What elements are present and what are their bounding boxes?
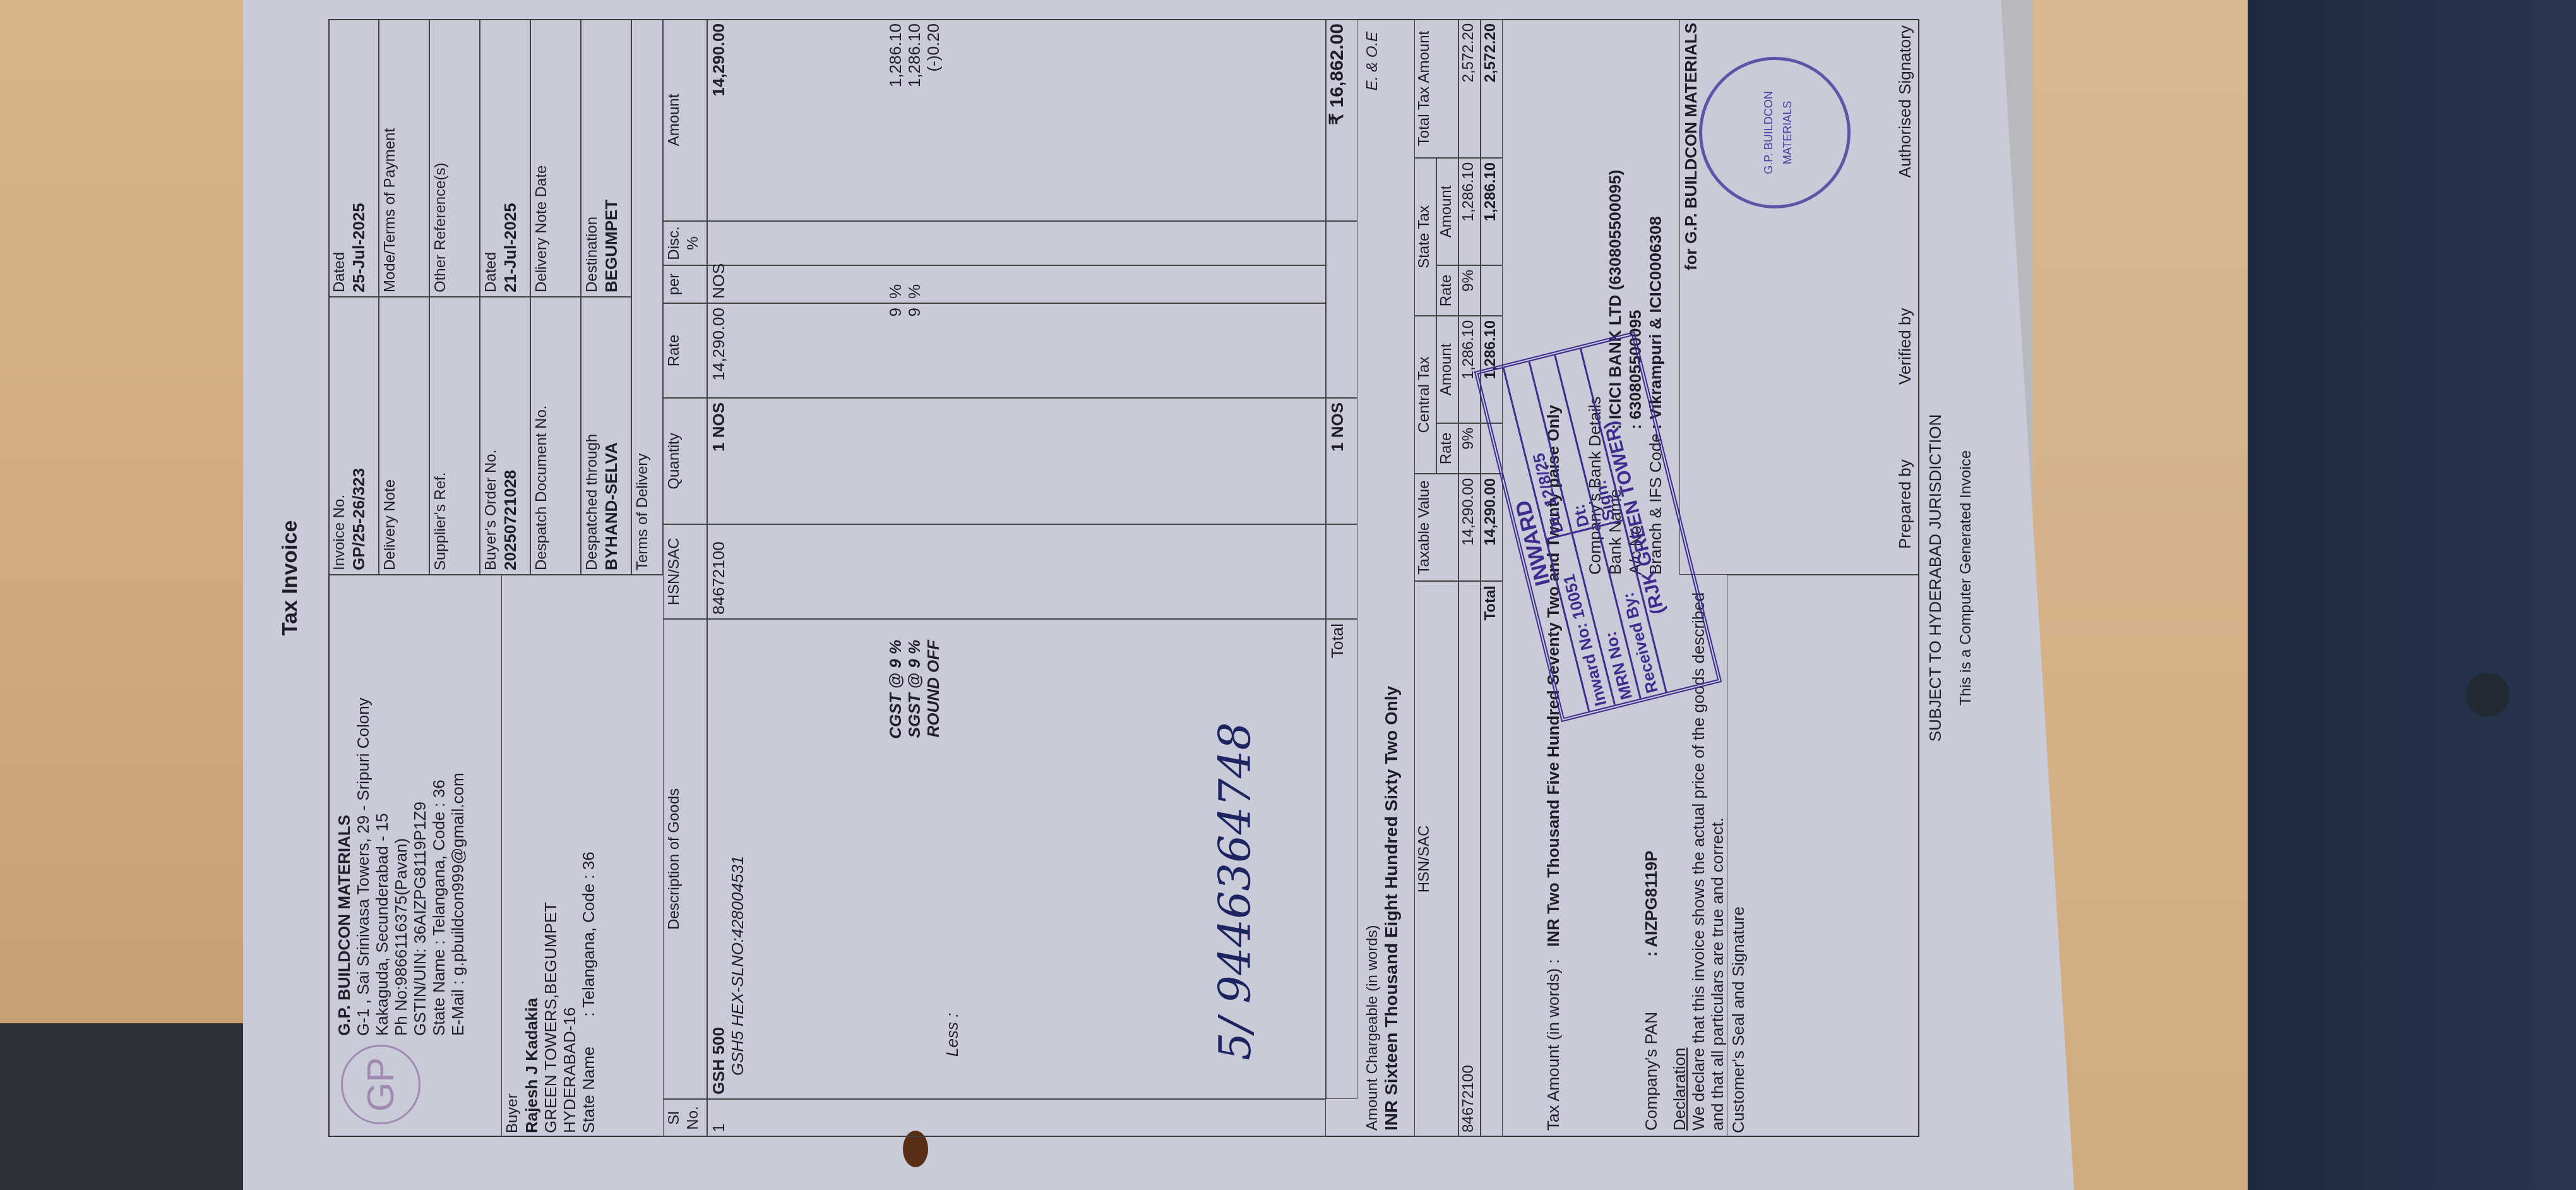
seller-email: E-Mail : g.pbuildcon999@gmail.com (448, 697, 467, 1036)
item-quantity: 1 NOS (709, 402, 728, 520)
tax-total-label: Total (1481, 581, 1503, 1137)
item-name: GSH 500 (709, 623, 728, 1095)
meta-cell: Supplier's Ref. (429, 297, 480, 575)
meta-cell: Dated25-Jul-2025 (328, 19, 379, 297)
round-off-amount: (-)0.20 (924, 23, 943, 217)
tax-header-central-amount: Amount (1436, 316, 1458, 423)
meta-value: 20250721028 (501, 301, 520, 570)
meta-cell: Mode/Terms of Payment (379, 19, 429, 297)
meta-cell: Buyer's Order No.20250721028 (480, 297, 530, 575)
col-per: NOS % % (707, 265, 1326, 303)
invoice-page: Tax Invoice GP G.P. BUILDCON MATERIALS G… (328, 19, 1945, 1137)
tax-header-central-rate: Rate (1436, 423, 1458, 474)
total-label: Total (1326, 619, 1357, 1099)
item-sl: 1 (709, 1103, 728, 1133)
meta-value: 25-Jul-2025 (349, 23, 368, 292)
item-rate: 14,290.00 (709, 308, 728, 394)
tax-header-state-rate: Rate (1436, 265, 1458, 316)
meta-cell: Delivery Note Date (530, 19, 581, 297)
tax-total-state: 1,286.10 (1481, 158, 1503, 265)
col-amount: 14,290.00 1,286.10 1,286.10 (-)0.20 (707, 19, 1326, 221)
amount-words-section: Amount Chargeable (in words) E. & O.E IN… (1364, 32, 1402, 1131)
invoice-title: Tax Invoice (278, 19, 302, 1137)
column-header: Sl No. (663, 1099, 707, 1137)
col-description: GSH 500 GSH5 HEX-SLNO:428004531 Less : C… (707, 619, 1326, 1099)
authorised-signatory: Authorised Signatory (1895, 25, 1914, 177)
item-sub-description: GSH5 HEX-SLNO:428004531 (728, 623, 747, 1095)
seller-address-1: G-1 , Sai Srinivasa Towers, 29 - Sripuri… (354, 697, 373, 1036)
meta-label: Dated (482, 23, 501, 292)
seal-text: G.P. BUILDCON MATERIALS (1759, 60, 1797, 205)
column-header: Quantity (663, 398, 707, 524)
cgst-amount: 1,286.10 (886, 23, 905, 217)
buyer-label: Buyer (503, 579, 522, 1133)
meta-cell: Despatch Document No. (530, 297, 581, 575)
tax-header-hsn: HSN/SAC (1414, 581, 1458, 1137)
computer-generated-note: This is a Computer Generated Invoice (1957, 19, 1975, 1137)
items-table-body: 1 GSH 500 GSH5 HEX-SLNO:428004531 Less :… (707, 19, 1326, 1137)
prepared-by: Prepared by (1895, 459, 1914, 549)
seller-address-2: Kakaguda, Secunderabad - 15 (373, 697, 391, 1036)
meta-cell: Invoice No.GP/25-26/323 (328, 297, 379, 575)
table-surface-left (0, 0, 265, 1190)
tax-header-state-amount: Amount (1436, 158, 1458, 265)
tax-row-taxable: 14,290.00 (1458, 474, 1481, 581)
jurisdiction: SUBJECT TO HYDERABAD JURISDICTION (1926, 19, 1945, 1137)
for-company-label: for G.P. BUILDCON MATERIALS (1681, 23, 1700, 570)
buyer-block: Buyer Rajesh J Kadakia GREEN TOWERS,BEGU… (502, 575, 663, 1137)
tax-summary-table: HSN/SACTaxable ValueCentral TaxRateAmoun… (1414, 19, 1534, 1137)
amount-words: INR Sixteen Thousand Eight Hundred Sixty… (1381, 32, 1402, 1131)
tax-header-taxable: Taxable Value (1414, 474, 1458, 581)
meta-value: BYHAND-SELVA (602, 301, 621, 570)
item-amount: 14,290.00 (709, 23, 728, 217)
meta-label: Invoice No. (330, 301, 349, 570)
round-off-label: ROUND OFF (924, 640, 943, 1095)
col-quantity: 1 NOS (707, 398, 1326, 524)
col-rate: 14,290.00 9 9 (707, 303, 1326, 398)
company-logo: GP (341, 1045, 420, 1124)
verified-by: Verified by (1895, 308, 1914, 385)
meta-cell: Dated21-Jul-2025 (480, 19, 530, 297)
dark-cloth (2248, 0, 2576, 1190)
meta-cell: Delivery Note (379, 297, 429, 575)
less-label: Less : (943, 1013, 962, 1057)
buyer-address-1: GREEN TOWERS,BEGUMPET (541, 579, 560, 1133)
meta-label: Terms of Delivery (633, 23, 652, 570)
col-sl: 1 (707, 1099, 1326, 1137)
handwritten-phone-note: 5/ 9446364748 (1225, 722, 1244, 1061)
items-total-row: Total 1 NOS ₹ 16,862.00 (1326, 19, 1357, 1137)
seller-gstin: GSTIN/UIN: 36AIZPG8119P1Z9 (410, 697, 429, 1036)
tax-words-label: Tax Amount (in words) : (1544, 959, 1563, 1131)
tax-row-state-rate: 9% (1458, 265, 1481, 316)
tax-row-central-rate: 9% (1458, 423, 1481, 474)
item-per: NOS (709, 270, 728, 299)
buyer-name: Rajesh J Kadakia (522, 579, 541, 1133)
seller-block: GP G.P. BUILDCON MATERIALS G-1 , Sai Sri… (328, 575, 502, 1137)
tax-total-empty (1481, 265, 1503, 316)
cgst-per: % (886, 270, 905, 299)
pan-section: Company's PAN : AIZPG8119P (1642, 851, 1661, 1131)
meta-label: Destination (583, 23, 602, 292)
meta-label: Dated (330, 23, 349, 292)
col-hsn: 84672100 (707, 524, 1326, 619)
pan-value: : AIZPG8119P (1642, 851, 1661, 957)
column-header: per (663, 265, 707, 303)
grand-total-amount: ₹ 16,862.00 (1326, 19, 1357, 221)
cgst-label: CGST @ 9 % (886, 640, 905, 1095)
meta-label: Mode/Terms of Payment (381, 23, 400, 292)
invoice-meta-grid: Invoice No.GP/25-26/323Dated25-Jul-2025D… (328, 19, 663, 575)
company-seal: G.P. BUILDCON MATERIALS (1699, 57, 1851, 208)
total-quantity: 1 NOS (1326, 398, 1357, 524)
button-on-cloth (2466, 673, 2510, 717)
signature-box: for G.P. BUILDCON MATERIALS Prepared by … (1679, 19, 1919, 575)
meta-value: BEGUMPET (602, 23, 621, 292)
meta-label: Delivery Note Date (532, 23, 551, 292)
tax-header-central: Central Tax (1414, 316, 1436, 474)
buyer-address-2: HYDERABAD-16 (560, 579, 579, 1133)
seller-state: State Name : Telangana, Code : 36 (429, 697, 448, 1036)
sgst-amount: 1,286.10 (905, 23, 924, 217)
meta-label: Delivery Note (381, 301, 400, 570)
sgst-per: % (905, 270, 924, 299)
meta-label: Other Reference(s) (431, 23, 450, 292)
buyer-state-value: : Telangana, Code : 36 (579, 851, 598, 1016)
tax-total-taxable: 14,290.00 (1481, 474, 1503, 581)
meta-cell-terms: Terms of Delivery (631, 19, 663, 575)
sgst-rate: 9 (905, 308, 924, 394)
meta-cell: Despatched throughBYHAND-SELVA (581, 297, 631, 575)
column-header: Description of Goods (663, 619, 707, 1099)
column-header: Disc. % (663, 221, 707, 265)
column-header: Rate (663, 303, 707, 398)
meta-label: Despatched through (583, 301, 602, 570)
tax-total-amount: 2,572.20 (1481, 19, 1503, 158)
meta-value: GP/25-26/323 (349, 301, 368, 570)
seller-name: G.P. BUILDCON MATERIALS (335, 697, 354, 1036)
meta-label: Supplier's Ref. (431, 301, 450, 570)
meta-label: Despatch Document No. (532, 301, 551, 570)
tax-row-state-amount: 1,286.10 (1458, 158, 1481, 265)
meta-cell: Other Reference(s) (429, 19, 480, 297)
sgst-label: SGST @ 9 % (905, 640, 924, 1095)
tax-row-total: 2,572.20 (1458, 19, 1481, 158)
eoe-label: E. & O.E (1364, 32, 1381, 90)
column-header: HSN/SAC (663, 524, 707, 619)
tax-row-hsn: 84672100 (1458, 581, 1481, 1137)
meta-label: Buyer's Order No. (482, 301, 501, 570)
pan-label: Company's PAN (1642, 1012, 1661, 1131)
tax-header-total: Total Tax Amount (1414, 19, 1458, 158)
column-header: Amount (663, 19, 707, 221)
tax-row-central-amount: 1,286.10 (1458, 316, 1481, 423)
amount-words-label: Amount Chargeable (in words) (1364, 32, 1381, 1131)
total-hsn-empty (1326, 524, 1357, 619)
tax-header-state: State Tax (1414, 158, 1436, 316)
dark-object (0, 1023, 265, 1190)
meta-value: 21-Jul-2025 (501, 23, 520, 292)
buyer-state-label: State Name (579, 1047, 598, 1133)
col-disc (707, 221, 1326, 265)
seller-phone: Ph No:9866116375(Pavan) (391, 697, 410, 1036)
total-rate-empty (1326, 221, 1357, 398)
cgst-rate: 9 (886, 308, 905, 394)
meta-cell: DestinationBEGUMPET (581, 19, 631, 297)
item-hsn: 84672100 (709, 529, 728, 615)
customer-seal-label: Customer's Seal and Signature (1729, 579, 1748, 1133)
customer-seal-box: Customer's Seal and Signature (1727, 575, 1919, 1137)
items-table-header: Sl No.Description of GoodsHSN/SACQuantit… (663, 19, 707, 1137)
